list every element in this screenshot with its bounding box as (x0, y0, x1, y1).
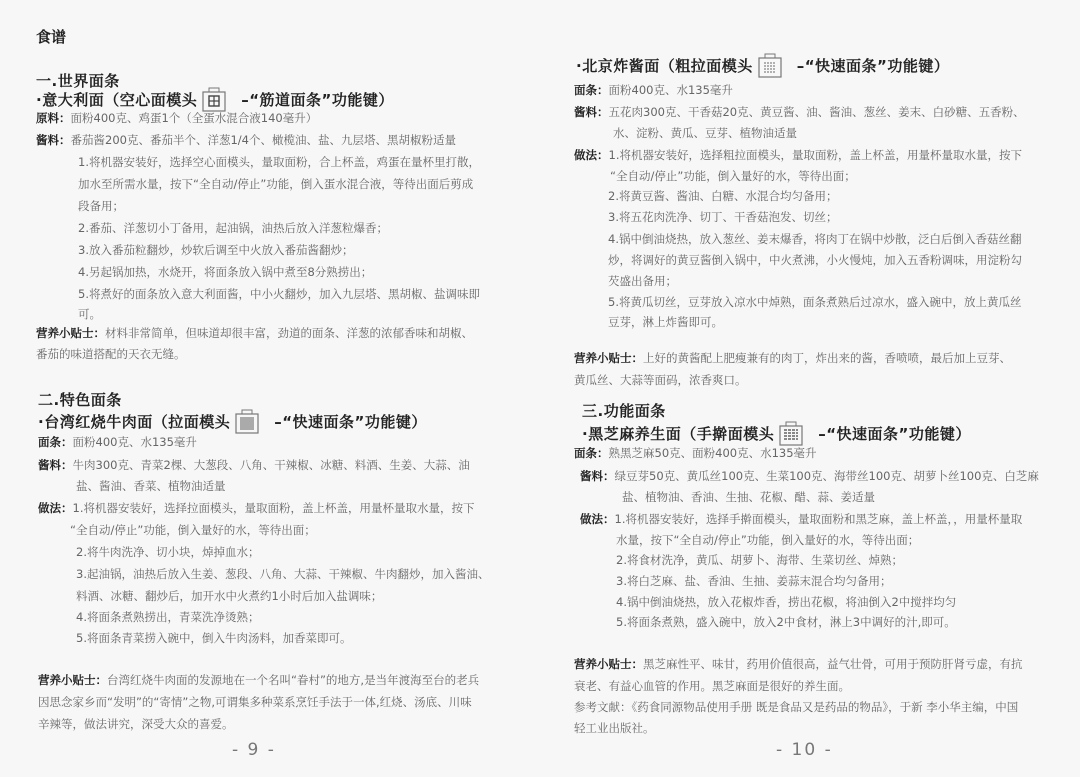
method-line: 做法：1.将机器安装好，选择手擀面模头，量取面粉和黑芝麻，盖上杯盖，，用量杯量取 (580, 509, 1022, 530)
step-line: 3.放入番茄粒翻炒，炒软后调至中火放入番茄酱翻炒； (78, 240, 353, 261)
step-line: 加水至所需水量，按下“全自动/停止”功能，倒入蛋水混合液，等待出面后剪成 (78, 174, 473, 195)
function-key-label: –“快速面条”功能键） (797, 55, 950, 76)
tip-label: 营养小贴士： (574, 657, 643, 671)
recipe-title-beijing-zhajiang: ·北京炸酱面（粗拉面模头 –“快速面条”功能键） (576, 52, 959, 78)
tip-text: 材料非常简单，但味道却很丰富，劲道的面条、洋葱的浓郁香味和胡椒、 (105, 326, 473, 340)
step-line: 4.将面条煮熟捞出，青菜洗净烫熟； (76, 607, 259, 628)
step-line: 2.将牛肉洗净、切小块，焯掉血水； (76, 542, 259, 563)
step-line: 5.将面条煮熟，盛入碗中，放入2中食材，淋上3中调好的汁,即可。 (616, 612, 956, 633)
step-line: 2.将食材洗净，黄瓜、胡萝卜、海带、生菜切丝、焯熟； (616, 550, 903, 571)
noodle-line: 面条：面粉400克、水135毫升 (38, 432, 197, 453)
sauce-text: 水、淀粉、黄瓜、豆芽、植物油适量 (613, 123, 797, 144)
thick-ramen-die-icon (757, 52, 783, 78)
step-line: “全自动/停止”功能，倒入量好的水，等待出面； (70, 520, 316, 541)
sauce-line: 酱料：番茄酱200克、番茄半个、洋葱1/4个、橄榄油、盐、九层塔、黑胡椒粉适量 (36, 130, 456, 151)
sauce-text: 番茄酱200克、番茄半个、洋葱1/4个、橄榄油、盐、九层塔、黑胡椒粉适量 (71, 133, 456, 147)
sauce-text: 盐、酱油、香菜、植物油适量 (76, 476, 226, 497)
noodle-label: 面条： (38, 435, 73, 449)
step-line: 3.将白芝麻、盐、香油、生抽、姜蒜末混合均匀备用； (616, 571, 891, 592)
method-line: 做法：1.将机器安装好，选择粗拉面模头，量取面粉，盖上杯盖，用量杯量取水量，按下 (574, 145, 1022, 166)
sauce-text: 绿豆芽50克、黄瓜丝100克、生菜100克、海带丝100克、胡萝卜丝100克、白… (615, 469, 1039, 483)
noodle-label: 面条： (574, 83, 609, 97)
nutrition-tip: 营养小贴士：材料非常简单，但味道却很丰富，劲道的面条、洋葱的浓郁香味和胡椒、 (36, 323, 473, 344)
tip-text: 黑芝麻性平、味甘，药用价值很高，益气壮骨，可用于预防肝肾亏虚，有抗 (643, 657, 1023, 671)
step-line: 炒，将调好的黄豆酱倒入锅中，中火煮沸，小火慢炖，加入五香粉调味，用淀粉勾 (608, 250, 1022, 271)
sauce-label: 酱料： (38, 458, 73, 472)
step-line: 5.将面条青菜捞入碗中，倒入牛肉汤料，加香菜即可。 (76, 628, 351, 649)
sauce-text: 牛肉300克、青菜2棵、大葱段、八角、干辣椒、冰糖、料酒、生姜、大蒜、油 (73, 458, 470, 472)
sauce-label: 酱料： (574, 105, 609, 119)
step-line: 料酒、冰糖、翻炒后，加开水中火煮约1小时后加入盐调味； (76, 586, 382, 607)
tip-text: 上好的黄酱配上肥瘦兼有的肉丁，炸出来的酱，香喷喷，最后加上豆芽、 (643, 351, 1011, 365)
page-10: ·北京炸酱面（粗拉面模头 –“快速面条”功能键） 面条：面粉400克、水135毫… (540, 0, 1080, 777)
method-label: 做法： (38, 501, 73, 515)
noodle-text: 面粉400克、水135毫升 (609, 83, 733, 97)
step-line: “全自动/停止”功能，倒入量好的水，等待出面； (610, 166, 856, 187)
page-number: - 9 - (232, 740, 276, 760)
tip-text: 番茄的味道搭配的天衣无缝。 (36, 344, 186, 365)
step-line: 5.将煮好的面条放入意大利面酱，中小火翻炒，加入九层塔、黑胡椒、盐调味即 (78, 284, 480, 305)
step-line: 3.将五花肉洗净、切丁、干香菇泡发、切丝； (608, 207, 837, 228)
step-line: 4.锅中倒油烧热，放入葱丝、姜末爆香，将肉丁在锅中炒散，泛白后倒入香菇丝翻 (608, 229, 1021, 250)
noodle-line: 面条：熟黑芝麻50克、面粉400克、水135毫升 (574, 443, 817, 464)
section-title-functional-noodles: 三.功能面条 (582, 400, 666, 421)
sauce-line: 酱料：牛肉300克、青菜2棵、大葱段、八角、干辣椒、冰糖、料酒、生姜、大蒜、油 (38, 455, 470, 476)
sauce-text: 盐、植物油、香油、生抽、花椒、醋、蒜、姜适量 (622, 487, 875, 508)
step-line: 2.将黄豆酱、酱油、白糖、水混合均匀备用； (608, 186, 837, 207)
section-title-special-noodles: 二.特色面条 (38, 389, 122, 410)
tip-text: 衰老、有益心血管的作用。黑芝麻面是很好的养生面。 (574, 676, 850, 697)
function-key-label: –“快速面条”功能键） (274, 411, 427, 432)
method-label: 做法： (580, 512, 615, 526)
method-line: 做法：1.将机器安装好，选择拉面模头，量取面粉，盖上杯盖，用量杯量取水量，按下 (38, 498, 474, 519)
nutrition-tip: 营养小贴士：台湾红烧牛肉面的发源地在一个名叫“眷村”的地方,是当年渡海至台的老兵 (38, 670, 479, 691)
nutrition-tip: 营养小贴士：上好的黄酱配上肥瘦兼有的肉丁，炸出来的酱，香喷喷，最后加上豆芽、 (574, 348, 1011, 369)
raw-label: 原料： (36, 111, 71, 125)
reference-text: 参考文献：《药食同源物品使用手册 既是食品又是药品的物品》，于新 李小华主编，中… (574, 697, 1018, 718)
step-line: 可。 (78, 304, 101, 325)
step-line: 1.将机器安装好，选择手擀面模头，量取面粉和黑芝麻，盖上杯盖，，用量杯量取 (615, 512, 1023, 526)
tip-label: 营养小贴士： (574, 351, 643, 365)
tip-text: 黄瓜丝、大蒜等面码，浓香爽口。 (574, 370, 747, 391)
step-line: 段备用； (78, 196, 124, 217)
noodle-label: 面条： (574, 446, 609, 460)
sauce-label: 酱料： (36, 133, 71, 147)
function-key-label: –“筋道面条”功能键） (241, 89, 394, 110)
tip-label: 营养小贴士： (38, 673, 107, 687)
raw-text: 面粉400克、鸡蛋1个（全蛋水混合液140毫升） (71, 111, 318, 125)
step-line: 1.将机器安装好，选择空心面模头，量取面粉，合上杯盖，鸡蛋在量杯里打散， (78, 152, 480, 173)
step-line: 2.番茄、洋葱切小丁备用，起油锅，油热后放入洋葱粒爆香； (78, 218, 388, 239)
page-9: 食谱 一.世界面条 ·意大利面（空心面模头 –“筋道面条”功能键） 原料：面粉4… (0, 0, 540, 777)
recipe-name: ·意大利面（空心面模头 (36, 89, 197, 110)
sauce-line: 酱料：绿豆芽50克、黄瓜丝100克、生菜100克、海带丝100克、胡萝卜丝100… (580, 466, 1039, 487)
noodle-text: 面粉400克、水135毫升 (73, 435, 197, 449)
recipe-name: ·黑芝麻养生面（手擀面模头 (582, 423, 774, 444)
method-label: 做法： (574, 148, 609, 162)
document-title: 食谱 (36, 26, 66, 47)
tip-text: 辛辣等，做法讲究，深受大众的喜爱。 (38, 714, 234, 735)
recipe-name: ·北京炸酱面（粗拉面模头 (576, 55, 753, 76)
function-key-label: –“快速面条”功能键） (818, 423, 971, 444)
step-line: 3.起油锅，油热后放入生姜、葱段、八角、大蒜、干辣椒、牛肉翻炒，加入酱油、 (76, 564, 489, 585)
nutrition-tip: 营养小贴士：黑芝麻性平、味甘，药用价值很高，益气壮骨，可用于预防肝肾亏虚，有抗 (574, 654, 1023, 675)
tip-label: 营养小贴士： (36, 326, 105, 340)
step-line: 1.将机器安装好，选择粗拉面模头，量取面粉，盖上杯盖，用量杯量取水量，按下 (609, 148, 1022, 162)
step-line: 4.另起锅加热，水烧开，将面条放入锅中煮至8分熟捞出； (78, 262, 372, 283)
tip-text: 因思念家乡而“发明”的“寄情”之物,可谓集多种菜系烹饪手法于一体,红烧、汤底、川… (38, 692, 472, 713)
step-line: 5.将黄瓜切丝，豆芽放入凉水中焯熟，面条煮熟后过凉水，盛入碗中，放上黄瓜丝 (608, 292, 1021, 313)
step-line: 水量，按下“全自动/停止”功能，倒入量好的水，等待出面； (616, 530, 919, 551)
noodle-line: 面条：面粉400克、水135毫升 (574, 80, 733, 101)
ramen-die-icon (234, 408, 260, 434)
page-number: - 10 - (776, 740, 833, 760)
sauce-text: 五花肉300克、干香菇20克、黄豆酱、油、酱油、葱丝、姜末、白砂糖、五香粉、 (609, 105, 1025, 119)
recipe-title-taiwan-beef-noodle: ·台湾红烧牛肉面（拉面模头 –“快速面条”功能键） (38, 408, 437, 434)
reference-text: 轻工业出版社。 (574, 718, 655, 739)
step-line: 1.将机器安装好，选择拉面模头，量取面粉，盖上杯盖，用量杯量取水量，按下 (73, 501, 475, 515)
step-line: 4.锅中倒油烧热，放入花椒炸香，捞出花椒，将油倒入2中搅拌均匀 (616, 592, 956, 613)
noodle-text: 熟黑芝麻50克、面粉400克、水135毫升 (609, 446, 817, 460)
step-line: 豆芽，淋上炸酱即可。 (608, 312, 723, 333)
sauce-label: 酱料： (580, 469, 615, 483)
raw-materials-line: 原料：面粉400克、鸡蛋1个（全蛋水混合液140毫升） (36, 108, 317, 129)
tip-text: 台湾红烧牛肉面的发源地在一个名叫“眷村”的地方,是当年渡海至台的老兵 (107, 673, 479, 687)
step-line: 芡盛出备用； (608, 271, 677, 292)
sauce-line: 酱料：五花肉300克、干香菇20克、黄豆酱、油、酱油、葱丝、姜末、白砂糖、五香粉… (574, 102, 1025, 123)
recipe-name: ·台湾红烧牛肉面（拉面模头 (38, 411, 230, 432)
